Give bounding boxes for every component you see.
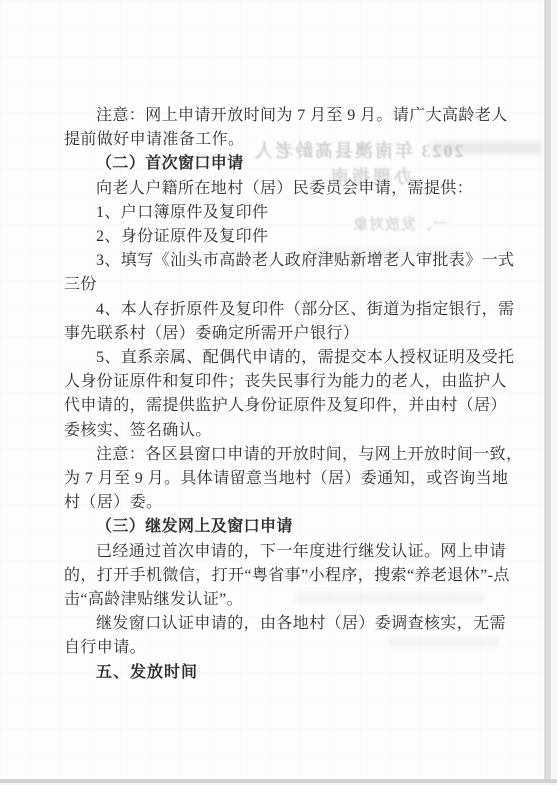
doc-line: 提前做好申请准备工作。 xyxy=(64,128,522,152)
doc-line-item-4: 4、本人存折原件及复印件（部分区、街道为指定银行，需 xyxy=(64,298,522,322)
doc-line: 事先联系村（居）委确定所需开户银行） xyxy=(64,322,522,346)
doc-line: 人身份证原件和复印件；丧失民事行为能力的老人，由监护人 xyxy=(64,370,522,394)
heading-first-window-application: （二）首次窗口申请 xyxy=(64,152,522,176)
doc-line: 委核实、签名确认。 xyxy=(64,419,522,443)
doc-line: 的，打开手机微信，打开“粤省事”小程序，搜索“养老退休”-点 xyxy=(64,564,522,588)
doc-line: 击“高龄津贴继发认证”。 xyxy=(64,588,522,612)
doc-line: 三份 xyxy=(64,273,522,297)
doc-line-note-online-period: 注意：网上申请开放时间为 7 月至 9 月。请广大高龄老人 xyxy=(64,104,522,128)
doc-line: 村（居）委。 xyxy=(64,491,522,515)
doc-line: 为 7 月至 9 月。具体请留意当地村（居）委通知，或咨询当地 xyxy=(64,467,522,491)
doc-line-note-window-period: 注意：各区县窗口申请的开放时间，与网上开放时间一致， xyxy=(64,443,522,467)
doc-line-item-5: 5、直系亲属、配偶代申请的，需提交本人授权证明及受托 xyxy=(64,346,522,370)
doc-line: 代申请的，需提供监护人身份证原件及复印件，并由村（居） xyxy=(64,394,522,418)
scanned-document-page: { "doc": { "lines": [ "注意：网上申请开放时间为 7 月至… xyxy=(0,0,557,785)
doc-line: 已经通过首次申请的，下一年度进行继发认证。网上申请 xyxy=(64,540,522,564)
scan-edge-right-outer xyxy=(551,0,557,785)
heading-distribution-time: 五、发放时间 xyxy=(64,661,522,685)
doc-line: 向老人户籍所在地村（居）民委员会申请，需提供： xyxy=(64,177,522,201)
heading-renewal-application: （三）继发网上及窗口申请 xyxy=(64,515,522,539)
doc-line-item-2: 2、身份证原件及复印件 xyxy=(64,225,522,249)
doc-line: 自行申请。 xyxy=(64,636,522,660)
document-text-block: 注意：网上申请开放时间为 7 月至 9 月。请广大高龄老人 提前做好申请准备工作… xyxy=(64,104,522,685)
scan-edge-right xyxy=(544,0,551,785)
doc-line: 继发窗口认证申请的，由各地村（居）委调查核实，无需 xyxy=(64,612,522,636)
doc-line-item-3: 3、填写《汕头市高龄老人政府津贴新增老人审批表》一式 xyxy=(64,249,522,273)
doc-line-item-1: 1、户口簿原件及复印件 xyxy=(64,201,522,225)
